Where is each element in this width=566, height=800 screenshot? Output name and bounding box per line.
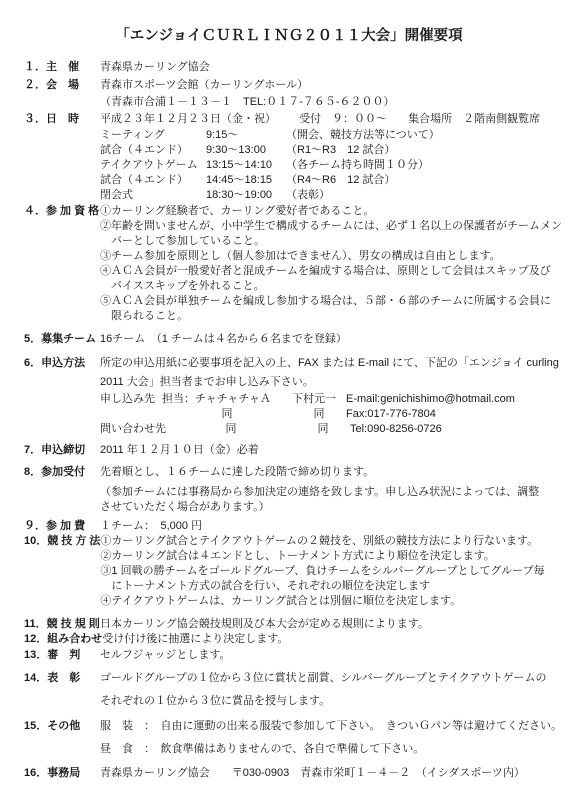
- contact-row: 問い合わせ先 同 同 Tel:090-8256-0726: [100, 422, 554, 437]
- acceptance-note: （参加チームには事務局から参加決定の連絡を致します。申し込み状況によっては、調整: [100, 485, 554, 500]
- schedule-note: （表彰）: [286, 188, 330, 203]
- section-label: 6．申込方法: [24, 356, 100, 371]
- section-label: ２．会 場: [24, 78, 100, 93]
- method-item: ③1 回戦の勝チームをゴールドグループ、負けチームをシルバーグループとしてグルー…: [100, 564, 554, 579]
- office-text: 青森県カーリング協会 〒030-0903 青森市栄町１－４－２ （イシダスポーツ…: [100, 766, 554, 781]
- section-acceptance: 8．参加受付 先着順とし、１６チームに達した段階で締め切ります。 （参加チームに…: [24, 465, 554, 515]
- section-label: ９．参 加 費: [24, 519, 100, 534]
- schedule-row: 試合（４エンド） 14:45～18:15 （R4～R6 12 試合）: [100, 173, 554, 188]
- schedule-time: 9:15～: [206, 128, 286, 143]
- section-label: 12．組み合わせ: [24, 632, 102, 647]
- team-recruitment-text: 16チーム （1 チームは４名から６名までを登録）: [100, 332, 554, 347]
- meeting-place: 集合場所 ２階南側観覧席: [408, 113, 540, 125]
- schedule-event: 試合（４エンド）: [100, 173, 206, 188]
- eligibility-item: ⑤ＡＣＡ会員が単独チームを編成し参加する場合は、５部・６部のチームに所属する会員…: [100, 294, 554, 309]
- contact-row: 同 同 Fax:017-776-7804: [100, 407, 554, 422]
- schedule-note: （R4～R6 12 試合）: [286, 173, 395, 188]
- contact-kind: 問い合わせ先: [100, 422, 166, 437]
- acceptance-text: 先着順とし、１６チームに達した段階で締め切ります。: [100, 465, 554, 480]
- section-deadline: 7．申込締切 2011 年１２月１０日（金）必着: [24, 443, 554, 458]
- page-title: 「エンジョイＣＵＲＬＩＮＧ２０１１大会」開催要項: [24, 26, 554, 46]
- other-clothing: 服 装 ： 自由に運動の出来る服装で参加して下さい。 きついＧパン等は避けてくだ…: [100, 719, 554, 734]
- schedule-time: 13:15～14:10: [206, 158, 286, 173]
- contact-fax: Fax:017-776-7804: [346, 407, 554, 422]
- deadline-text: 2011 年１２月１０日（金）必着: [100, 443, 554, 458]
- schedule-event: テイクアウトゲーム: [100, 158, 206, 173]
- venue-name: 青森市スポーツ会館（カーリングホール）: [100, 78, 554, 93]
- section-application-method: 6．申込方法 所定の申込用紙に必要事項を記入の上、FAX または E-mail …: [24, 356, 554, 437]
- contact-row: 申し込み先 担当：チャチャチャＡ 下村元一 E-mail:genichishim…: [100, 392, 554, 407]
- application-paragraph: 所定の申込用紙に必要事項を記入の上、FAX または E-mail にて、下記の「…: [100, 356, 554, 371]
- section-label: ４．参 加 資 格: [24, 204, 100, 219]
- referee-text: セルフジャッジとします。: [100, 648, 554, 663]
- other-lunch: 昼 食 ： 飲食準備はありませんので、各自で準備して下さい。: [100, 742, 554, 757]
- pairing-text: 受け付け後に抽選により決定します。: [102, 632, 554, 647]
- section-office: 16．事務局 青森県カーリング協会 〒030-0903 青森市栄町１－４－２ （…: [24, 766, 554, 781]
- schedule-time: 18:30～19:00: [206, 188, 286, 203]
- schedule-event: 閉会式: [100, 188, 206, 203]
- contact-email: E-mail:genichishimo@hotmail.com: [346, 392, 554, 407]
- contact-ditto: 同: [166, 422, 296, 437]
- method-item-cont: にトーナメント方式の試合を行い、それぞれの順位を決定します: [100, 579, 554, 594]
- reception-time: 受付 ９：００～: [299, 113, 387, 125]
- eligibility-item-cont: バーとして参加していること。: [100, 234, 554, 249]
- contact-name: 下村元一: [292, 392, 346, 407]
- document-page: 「エンジョイＣＵＲＬＩＮＧ２０１１大会」開催要項 １．主 催 青森県カーリング協…: [0, 0, 566, 800]
- section-fee: ９．参 加 費 １チーム： 5,000 円: [24, 519, 554, 534]
- eligibility-item: ④ＡＣＡ会員が一般愛好者と混成チームを編成する場合は、原則として会員はスキップ及…: [100, 264, 554, 279]
- section-referee: 13．審 判 セルフジャッジとします。: [24, 648, 554, 663]
- contact-kind: [100, 407, 162, 422]
- method-item: ④テイクアウトゲームは、カーリング試合とは別個に順位を決定します。: [100, 594, 554, 609]
- section-other: 15．その他 服 装 ： 自由に運動の出来る服装で参加して下さい。 きついＧパン…: [24, 719, 554, 757]
- section-rules: 11．競 技 規 則 日本カーリング協会競技規則及び本大会が定める規則によります…: [24, 617, 554, 632]
- eligibility-item-cont: バイススキップを外れること。: [100, 279, 554, 294]
- section-label: 11．競 技 規 則: [24, 617, 100, 632]
- schedule-event: ミーティング: [100, 128, 206, 143]
- schedule-row: ミーティング 9:15～ （開会、競技方法等について）: [100, 128, 554, 143]
- contact-ditto: 同: [292, 407, 346, 422]
- event-date: 平成２３年１２月２３日（金・祝）: [100, 113, 276, 125]
- section-label: 5．募集チーム: [24, 332, 100, 347]
- section-eligibility: ４．参 加 資 格 ①カーリング経験者で、カーリング愛好者であること。 ②年齢を…: [24, 204, 554, 324]
- rules-text: 日本カーリング協会競技規則及び本大会が定める規則によります。: [100, 617, 554, 632]
- awards-text-cont: それぞれの１位から３位に賞品を授与します。: [100, 694, 554, 709]
- section-label: 8．参加受付: [24, 465, 100, 480]
- section-label: ３．日 時: [24, 112, 100, 127]
- section-label: 10．競 技 方 法: [24, 534, 100, 549]
- application-paragraph: 2011 大会」担当者までお申し込み下さい。: [100, 375, 554, 390]
- schedule-row: テイクアウトゲーム 13:15～14:10 （各チーム持ち時間１０分）: [100, 158, 554, 173]
- section-competition-method: 10．競 技 方 法 ①カーリング試合とテイクアウトゲームの２競技を、別紙の競技…: [24, 534, 554, 609]
- eligibility-item-cont: 限られること。: [100, 309, 554, 324]
- method-item: ②カーリング試合は４エンドとし、トーナメント方式により順位を決定します。: [100, 549, 554, 564]
- eligibility-item: ①カーリング経験者で、カーリング愛好者であること。: [100, 204, 554, 219]
- section-label: １．主 催: [24, 60, 100, 75]
- schedule-row: 閉会式 18:30～19:00 （表彰）: [100, 188, 554, 203]
- event-date-line: 平成２３年１２月２３日（金・祝） 受付 ９：００～ 集合場所 ２階南側観覧席: [100, 112, 554, 127]
- schedule-event: 試合（４エンド）: [100, 143, 206, 158]
- fee-text: １チーム： 5,000 円: [100, 519, 554, 534]
- contact-tel: Tel:090-8256-0726: [350, 422, 554, 437]
- schedule-row: 試合（４エンド） 9:30～13:00 （R1～R3 12 試合）: [100, 143, 554, 158]
- contact-person: 担当：チャチャチャＡ: [162, 392, 292, 407]
- contact-ditto: 同: [296, 422, 350, 437]
- schedule-time: 9:30～13:00: [206, 143, 286, 158]
- section-pairing: 12．組み合わせ 受け付け後に抽選により決定します。: [24, 632, 554, 647]
- section-datetime: ３．日 時 平成２３年１２月２３日（金・祝） 受付 ９：００～ 集合場所 ２階南…: [24, 112, 554, 203]
- schedule-note: （R1～R3 12 試合）: [286, 143, 395, 158]
- awards-text: ゴールドグループの１位から３位に賞状と副賞、シルバーグループとテイクアウトゲーム…: [100, 671, 554, 686]
- section-awards: 14．表 彰 ゴールドグループの１位から３位に賞状と副賞、シルバーグループとテイ…: [24, 671, 554, 709]
- section-team-recruitment: 5．募集チーム 16チーム （1 チームは４名から６名までを登録）: [24, 332, 554, 347]
- section-organizer: １．主 催 青森県カーリング協会: [24, 60, 554, 75]
- section-label: 14．表 彰: [24, 671, 100, 686]
- schedule-note: （各チーム持ち時間１０分）: [286, 158, 429, 173]
- acceptance-note-cont: させていただく場合があります。）: [100, 500, 554, 515]
- schedule-note: （開会、競技方法等について）: [286, 128, 440, 143]
- venue-address: （青森市合浦１－１３－１ TEL:０１７-７６５-６２００）: [100, 95, 554, 110]
- section-venue: ２．会 場 青森市スポーツ会館（カーリングホール） （青森市合浦１－１３－１ T…: [24, 78, 554, 110]
- eligibility-item: ②年齢を問いませんが、小中学生で構成するチームには、必ず１名以上の保護者がチーム…: [100, 219, 554, 234]
- contact-ditto: 同: [162, 407, 292, 422]
- method-item: ①カーリング試合とテイクアウトゲームの２競技を、別紙の競技方法により行ないます。: [100, 534, 554, 549]
- section-label: 15．その他: [24, 719, 100, 734]
- contact-kind: 申し込み先: [100, 392, 162, 407]
- schedule-time: 14:45～18:15: [206, 173, 286, 188]
- organizer-text: 青森県カーリング協会: [100, 60, 554, 75]
- eligibility-item: ③チーム参加を原則とし（個人参加はできません）、男女の構成は自由とします。: [100, 249, 554, 264]
- section-label: 7．申込締切: [24, 443, 100, 458]
- section-label: 13．審 判: [24, 648, 100, 663]
- section-label: 16．事務局: [24, 766, 100, 781]
